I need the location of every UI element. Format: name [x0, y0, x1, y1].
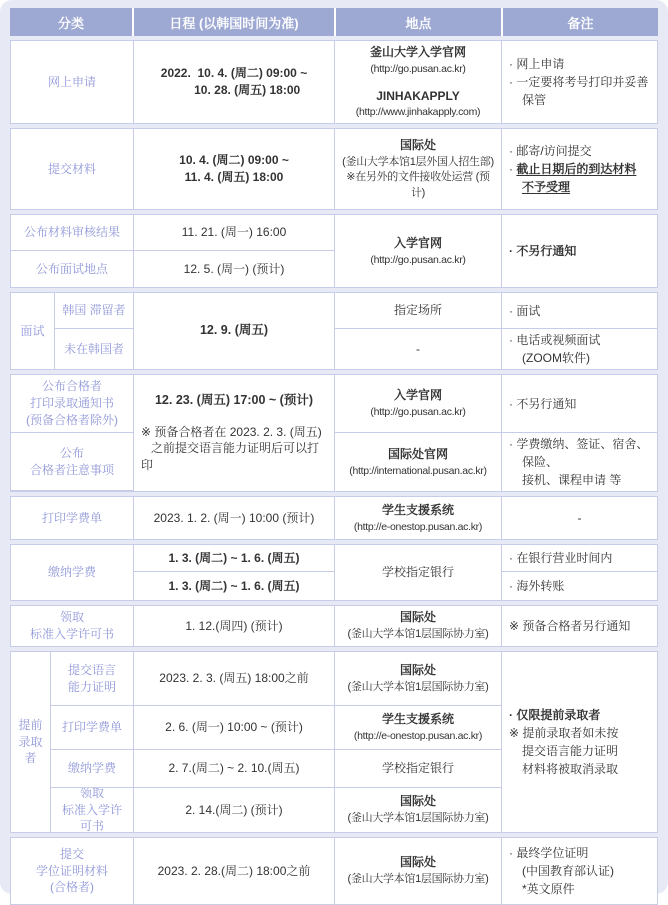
header-schedule: 日程 (以韩国时间为准): [134, 8, 336, 36]
remark-item: · 邮寄/访问提交: [509, 142, 592, 160]
early-row4-loc-name: 国际处: [400, 793, 436, 810]
degree-date: 2023. 2. 28.(周二) 18:00之前: [134, 838, 335, 904]
apply-online-remarks: · 网上申请 · 一定要将考号打印并妥善保管: [502, 41, 657, 123]
early-parent-category: 提前 录取者: [11, 652, 51, 832]
remark-item-early-only: · 仅限提前录取者: [509, 706, 600, 724]
coa-location: 国际处 (釜山大学本馆1层国际协力室): [335, 606, 502, 646]
remark-item: · 海外转账: [509, 577, 564, 595]
degree-location: 国际处 (釜山大学本馆1层国际协力室): [335, 838, 502, 904]
apply-online-site1-name: 釜山大学入学官网: [370, 44, 466, 61]
results-remarks: · 不另行通知: [502, 215, 657, 287]
early-row2-location: 学生支援系统 (http://e-onestop.pusan.ac.kr): [335, 706, 502, 750]
print-bill-loc-url: (http://e-onestop.pusan.ac.kr): [354, 520, 482, 535]
admission-schedule-table: 分类 日程 (以韩国时间为准) 地点 备注 网上申请 2022. 10. 4. …: [10, 8, 658, 905]
row-degree-docs: 提交 学位证明材料 (合格者) 2023. 2. 28.(周二) 18:00之前…: [10, 837, 658, 905]
apply-online-category: 网上申请: [11, 41, 134, 123]
header-remarks: 备注: [503, 8, 658, 36]
coa-date: 1. 12.(周四) (预计): [134, 606, 335, 646]
results-row2-category: 公布面试地点: [11, 251, 134, 287]
remark-item: · 不另行通知: [509, 242, 576, 260]
interview-row1-subcategory: 韩国 滞留者: [55, 293, 134, 329]
admission-date: 12. 23. (周五) 17:00 ~ (预计) ※ 预备合格者在 2023.…: [134, 375, 335, 491]
pay-tuition-location: 学校指定银行: [335, 545, 502, 600]
apply-online-site2-name: JINHAKAPPLY: [376, 88, 460, 105]
remark-item: · 学费缴纳、签证、宿舍、保险、 接机、课程申请 等: [509, 435, 650, 489]
coa-category: 领取 标准入学许可书: [11, 606, 134, 646]
admission-date-note: ※ 预备合格者在 2023. 2. 3. (周五) 之前提交语言能力证明后可以打…: [141, 424, 327, 474]
admission-row2-category: 公布 合格者注意事项: [11, 433, 134, 491]
coa-loc-sub: (釜山大学本馆1层国际协力室): [348, 627, 489, 642]
early-row4-subcategory: 领取 标准入学许可书: [51, 788, 134, 832]
admission-row1-loc-name: 入学官网: [394, 387, 442, 404]
early-row1-date: 2023. 2. 3. (周五) 18:00之前: [134, 652, 335, 706]
apply-online-date: 2022. 10. 4. (周二) 09:00 ~ 10. 28. (周五) 1…: [134, 41, 335, 123]
remark-item: · 电话或视频面试 (ZOOM软件): [509, 331, 600, 367]
degree-category: 提交 学位证明材料 (合格者): [11, 838, 134, 904]
interview-row1-remarks: · 面试: [502, 293, 657, 329]
early-row1-loc-sub: (釜山大学本馆1层国际协力室): [348, 680, 489, 695]
row-group-admission: 公布合格者 打印录取通知书 (预备合格者除外) 公布 合格者注意事项 12. 2…: [10, 374, 658, 492]
print-bill-remarks: -: [502, 497, 657, 539]
interview-date: 12. 9. (周五): [134, 293, 335, 369]
early-row3-location: 学校指定银行: [335, 750, 502, 788]
remark-item: · 一定要将考号打印并妥善保管: [509, 73, 650, 109]
row-group-pay-tuition: 缴纳学费 1. 3. (周二) ~ 1. 6. (周五) 1. 3. (周二) …: [10, 544, 658, 601]
remark-item-early-note: ※ 提前录取者如未按 提交语言能力证明 材料将被取消录取: [509, 724, 618, 778]
results-row2-date: 12. 5. (周一) (预计): [134, 251, 335, 287]
pay-tuition-row1-date: 1. 3. (周二) ~ 1. 6. (周五): [134, 545, 335, 572]
row-submit-docs: 提交材料 10. 4. (周二) 09:00 ~ 11. 4. (周五) 18:…: [10, 128, 658, 210]
remark-item: · 最终学位证明 (中国教育部认证) *英文原件: [509, 844, 614, 898]
remark-item: · 网上申请: [509, 55, 564, 73]
pay-tuition-category: 缴纳学费: [11, 545, 134, 600]
early-row3-date: 2. 7.(周二) ~ 2. 10.(周五): [134, 750, 335, 788]
results-location: 入学官网 (http://go.pusan.ac.kr): [335, 215, 502, 287]
submit-docs-date: 10. 4. (周二) 09:00 ~ 11. 4. (周五) 18:00: [134, 129, 335, 209]
remark-item: ※ 预备合格者另行通知: [509, 617, 630, 635]
early-row1-subcategory: 提交语言 能力证明: [51, 652, 134, 706]
early-row2-loc-sub: (http://e-onestop.pusan.ac.kr): [354, 729, 482, 744]
early-row1-location: 国际处 (釜山大学本馆1层国际协力室): [335, 652, 502, 706]
pay-tuition-row2-date: 1. 3. (周二) ~ 1. 6. (周五): [134, 572, 335, 600]
degree-loc-name: 国际处: [400, 854, 436, 871]
results-loc-url: (http://go.pusan.ac.kr): [370, 253, 465, 268]
row-group-interview: 面试 韩国 滞留者 未在韩国者 12. 9. (周五) 指定场所 - · 面试 …: [10, 292, 658, 370]
admission-row1-category: 公布合格者 打印录取通知书 (预备合格者除外): [11, 375, 134, 433]
early-row1-loc-name: 国际处: [400, 662, 436, 679]
submit-docs-remarks: · 邮寄/访问提交 · 截止日期后的到达材料 不予受理: [502, 129, 657, 209]
pay-tuition-row1-remarks: · 在银行营业时间内: [502, 545, 657, 572]
admission-row1-location: 入学官网 (http://go.pusan.ac.kr): [335, 375, 502, 433]
results-row1-date: 11. 21. (周一) 16:00: [134, 215, 335, 251]
print-bill-loc-name: 学生支援系统: [382, 502, 454, 519]
row-apply-online: 网上申请 2022. 10. 4. (周二) 09:00 ~ 10. 28. (…: [10, 40, 658, 124]
print-bill-date: 2023. 1. 2. (周一) 10:00 (预计): [134, 497, 335, 539]
submit-docs-loc-sub: (釜山大学本馆1层外国人招生部) ※在另外的文件接收处运营 (预计): [342, 155, 494, 201]
apply-online-date-text: 2022. 10. 4. (周二) 09:00 ~ 10. 28. (周五) 1…: [161, 65, 307, 99]
degree-remarks: · 最终学位证明 (中国教育部认证) *英文原件: [502, 838, 657, 904]
remark-item: · 截止日期后的到达材料 不予受理: [509, 160, 636, 196]
early-row4-location: 国际处 (釜山大学本馆1层国际协力室): [335, 788, 502, 832]
early-remarks: · 仅限提前录取者 ※ 提前录取者如未按 提交语言能力证明 材料将被取消录取: [502, 652, 657, 832]
early-row2-loc-name: 学生支援系统: [382, 711, 454, 728]
admission-date-main: 12. 23. (周五) 17:00 ~ (预计): [155, 392, 313, 410]
row-certificate-admission: 领取 标准入学许可书 1. 12.(周四) (预计) 国际处 (釜山大学本馆1层…: [10, 605, 658, 647]
early-row2-subcategory: 打印学费单: [51, 706, 134, 750]
remark-item: · 面试: [509, 302, 540, 320]
degree-loc-sub: (釜山大学本馆1层国际协力室): [348, 872, 489, 887]
interview-row1-location: 指定场所: [335, 293, 502, 329]
apply-online-site2-url: (http://www.jinhakapply.com): [356, 105, 480, 120]
submit-docs-category: 提交材料: [11, 129, 134, 209]
submit-docs-location: 国际处 (釜山大学本馆1层外国人招生部) ※在另外的文件接收处运营 (预计): [335, 129, 502, 209]
remark-deadline-warning: 截止日期后的到达材料 不予受理: [516, 162, 636, 194]
admission-row2-location: 国际处官网 (http://international.pusan.ac.kr): [335, 433, 502, 491]
admission-row1-loc-url: (http://go.pusan.ac.kr): [370, 405, 465, 420]
interview-row2-subcategory: 未在韩国者: [55, 329, 134, 369]
interview-row2-location: -: [335, 329, 502, 369]
apply-online-location: 釜山大学入学官网 (http://go.pusan.ac.kr) JINHAKA…: [335, 41, 502, 123]
admission-row2-loc-url: (http://international.pusan.ac.kr): [349, 464, 486, 479]
header-category: 分类: [10, 8, 134, 36]
results-row1-category: 公布材料审核结果: [11, 215, 134, 251]
interview-row2-remarks: · 电话或视频面试 (ZOOM软件): [502, 329, 657, 369]
interview-parent-category: 面试: [11, 293, 55, 369]
admission-row2-loc-name: 国际处官网: [388, 446, 448, 463]
row-group-early-admission: 提前 录取者 提交语言 能力证明 2023. 2. 3. (周五) 18:00之…: [10, 651, 658, 833]
header-location: 地点: [336, 8, 503, 36]
row-print-bill: 打印学费单 2023. 1. 2. (周一) 10:00 (预计) 学生支援系统…: [10, 496, 658, 540]
remark-item: · 在银行营业时间内: [509, 549, 612, 567]
early-row3-subcategory: 缴纳学费: [51, 750, 134, 788]
admission-row1-remarks: · 不另行通知: [502, 375, 657, 433]
apply-online-site1-url: (http://go.pusan.ac.kr): [370, 62, 465, 77]
row-group-results: 公布材料审核结果 11. 21. (周一) 16:00 公布面试地点 12. 5…: [10, 214, 658, 288]
print-bill-location: 学生支援系统 (http://e-onestop.pusan.ac.kr): [335, 497, 502, 539]
remark-item: · 不另行通知: [509, 395, 576, 413]
admission-row2-remarks: · 学费缴纳、签证、宿舍、保险、 接机、课程申请 等: [502, 433, 657, 491]
pay-tuition-row2-remarks: · 海外转账: [502, 572, 657, 600]
coa-loc-name: 国际处: [400, 609, 436, 626]
print-bill-category: 打印学费单: [11, 497, 134, 539]
schedule-table-page: 分类 日程 (以韩国时间为准) 地点 备注 网上申请 2022. 10. 4. …: [0, 0, 668, 894]
results-loc-name: 入学官网: [394, 235, 442, 252]
early-row4-loc-sub: (釜山大学本馆1层国际协力室): [348, 811, 489, 826]
early-row2-date: 2. 6. (周一) 10:00 ~ (预计): [134, 706, 335, 750]
table-header-row: 分类 日程 (以韩国时间为准) 地点 备注: [10, 8, 658, 36]
early-row4-date: 2. 14.(周二) (预计): [134, 788, 335, 832]
coa-remarks: ※ 预备合格者另行通知: [502, 606, 657, 646]
submit-docs-loc-name: 国际处: [400, 137, 436, 154]
